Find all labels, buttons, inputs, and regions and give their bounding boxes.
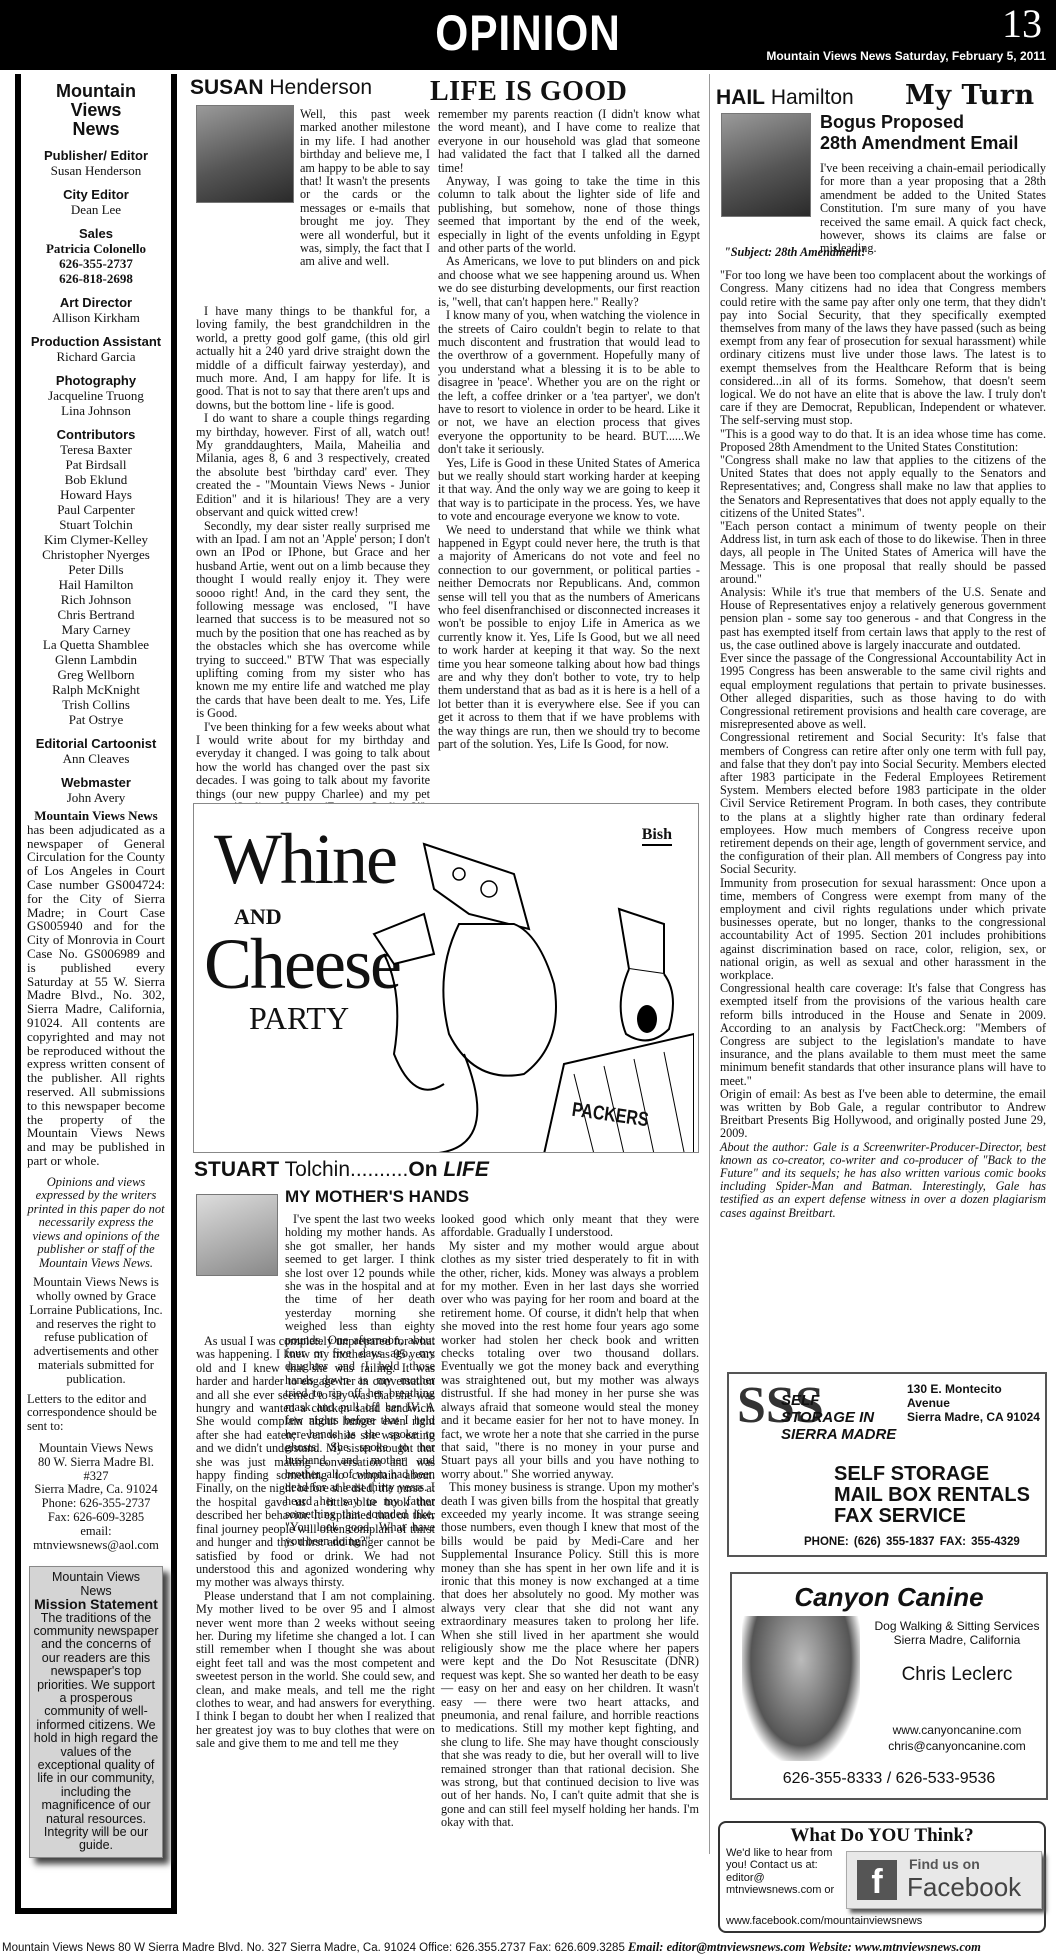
paragraph: remember my parents reaction (I didn't k…	[438, 108, 700, 175]
dog-photo	[742, 1616, 860, 1761]
byline-first: STUART	[194, 1158, 279, 1181]
service-line: FAX SERVICE	[834, 1506, 1030, 1527]
canine-email-link[interactable]: chris@canyoncanine.com	[852, 1738, 1056, 1754]
staff-role: Art Director	[27, 295, 165, 310]
staff-name: La Quetta Shamblee	[27, 637, 165, 652]
feedback-body: We'd like to hear from you! Contact us a…	[726, 1847, 836, 1896]
ad-canyon-canine[interactable]: Canyon Canine Dog Walking & Sitting Serv…	[730, 1572, 1048, 1800]
staff-name: Teresa Baxter	[27, 442, 165, 457]
staff-name: Kim Clymer-Kelley	[27, 532, 165, 547]
ownership-notice: Mountain Views News is wholly owned by G…	[27, 1276, 165, 1386]
henderson-col2: remember my parents reaction (I didn't k…	[438, 108, 700, 752]
staff-role: Production Assistant	[27, 334, 165, 349]
paragraph: As Americans, we love to put blinders on…	[438, 255, 700, 309]
staff-name: John Avery	[27, 790, 165, 805]
headline-line: Bogus Proposed	[820, 112, 1018, 133]
column-divider	[709, 74, 710, 1854]
staff-name: Paul Carpenter	[27, 502, 165, 517]
byline-first: HAIL	[716, 86, 765, 109]
staff-name: Susan Henderson	[27, 163, 165, 178]
phone: Phone: 626-355-2737	[27, 1497, 165, 1511]
storage-tagline: SELF STORAGE IN SIERRA MADRE	[781, 1392, 896, 1443]
paragraph: looked good which only meant that they w…	[441, 1213, 699, 1240]
legal-notice: Mountain Views Newshas been adjudicated …	[27, 809, 165, 1168]
editorial-cartoon: Whine AND Cheese PARTY Bish PACKERS	[193, 803, 699, 1153]
staff-role: Sales	[27, 226, 165, 241]
storage-logo-icon: SSS	[737, 1382, 777, 1552]
canine-services: Dog Walking & Sitting Services Sierra Ma…	[852, 1619, 1056, 1647]
column-name-life: LIFE	[443, 1158, 489, 1181]
service-line: Sierra Madre, California	[852, 1633, 1056, 1647]
staff-name: Hail Hamilton	[27, 577, 165, 592]
footer-website-link[interactable]: Website: www.mtnviewsnews.com	[808, 1940, 981, 1954]
henderson-col1-top: Well, this past week marked another mile…	[300, 108, 430, 269]
staff-name: Trish Collins	[27, 697, 165, 712]
hamilton-body: "Subject: 28th Amendment!"For too long w…	[720, 242, 1046, 1220]
paragraph: "Subject: 28th Amendment!	[724, 246, 1046, 259]
paragraph: Well, this past week marked another mile…	[300, 108, 430, 269]
dateline: Mountain Views News Saturday, February 5…	[766, 49, 1046, 63]
paragraph: Congressional health care coverage: It's…	[720, 982, 1046, 1088]
masthead-sidebar: Mountain Views News Publisher/ EditorSus…	[15, 74, 177, 1914]
paragraph: Please understand that I am not complain…	[196, 1590, 435, 1751]
mission-title: Mountain Views	[33, 1571, 159, 1584]
byline-last: Hamilton	[771, 86, 854, 109]
canine-phones: 626-355-8333 / 626-533-9536	[732, 1770, 1046, 1788]
ad-self-storage[interactable]: SSS SELF STORAGE IN SIERRA MADRE 130 E. …	[727, 1372, 1047, 1557]
headline-line: 28th Amendment Email	[820, 133, 1018, 154]
facebook-url-link[interactable]: www.facebook.com/mountainviewsnews	[726, 1915, 922, 1927]
byline-tolchin: STUART Tolchin..........On LIFE	[194, 1158, 489, 1182]
staff-name: Ralph McKnight	[27, 682, 165, 697]
mission-statement-box: Mountain Views News Mission Statement Th…	[29, 1566, 163, 1858]
paper-name-line: News	[27, 120, 165, 139]
email-label: email:	[27, 1525, 165, 1539]
byline-last: Tolchin..........	[285, 1158, 409, 1181]
tolchin-col2: looked good which only meant that they w…	[441, 1213, 699, 1830]
paper-name-line: Views	[27, 101, 165, 120]
staff-name: Bob Eklund	[27, 472, 165, 487]
staff-name: Greg Wellborn	[27, 667, 165, 682]
staff-name: 626-355-2737	[27, 256, 165, 271]
staff-name: Peter Dills	[27, 562, 165, 577]
paragraph: I have many things to be thankful for, a…	[196, 305, 430, 412]
staff-role: City Editor	[27, 187, 165, 202]
page-number: 13	[1002, 0, 1042, 47]
staff-name: Pat Ostrye	[27, 712, 165, 727]
address-line: Sierra Madre, Ca. 91024	[27, 1483, 165, 1497]
tagline-line: SIERRA MADRE	[781, 1426, 896, 1443]
staff-name: Pat Birdsall	[27, 457, 165, 472]
mission-text: The traditions of the community newspape…	[33, 1612, 159, 1853]
staff-role: Editorial Cartoonist	[27, 736, 165, 751]
legal-lead: Mountain Views News	[27, 809, 165, 823]
service-line: MAIL BOX RENTALS	[834, 1485, 1030, 1506]
staff-name: Mary Carney	[27, 622, 165, 637]
staff-name: Howard Hays	[27, 487, 165, 502]
author-photo-henderson	[196, 105, 294, 203]
headline-my-mothers-hands: MY MOTHER'S HANDS	[285, 1187, 469, 1207]
staff-name: Jacqueline Truong	[27, 388, 165, 403]
paragraph: "This is a good way to do that. It is an…	[720, 428, 1046, 454]
paragraph: Congressional retirement and Social Secu…	[720, 731, 1046, 876]
service-line: Dog Walking & Sitting Services	[852, 1619, 1056, 1633]
fax: Fax: 626-609-3285	[27, 1511, 165, 1525]
paper-name: Mountain Views News	[27, 82, 165, 139]
staff-name: Chris Bertrand	[27, 607, 165, 622]
page-footer: Mountain Views News 80 W Sierra Madre Bl…	[0, 1940, 1056, 1957]
staff-role: Photography	[27, 373, 165, 388]
tolchin-col1: As usual I was completely unprepared for…	[196, 1335, 435, 1751]
staff-name: Glenn Lambdin	[27, 652, 165, 667]
storage-services: SELF STORAGE MAIL BOX RENTALS FAX SERVIC…	[834, 1464, 1030, 1527]
staff-name: Lina Johnson	[27, 403, 165, 418]
staff-role: Contributors	[27, 427, 165, 442]
staff-name: Allison Kirkham	[27, 310, 165, 325]
address-line: #327	[27, 1470, 165, 1484]
paragraph: This money business is strange. Upon my …	[441, 1481, 699, 1830]
canine-website-link[interactable]: www.canyoncanine.com	[852, 1722, 1056, 1738]
author-photo-tolchin	[196, 1194, 278, 1276]
facebook-label-1: Find us on	[909, 1856, 980, 1872]
address-line: 130 E. Montecito Avenue	[907, 1382, 1045, 1410]
staff-list: Publisher/ EditorSusan HendersonCity Edi…	[27, 148, 165, 805]
paragraph: "Each person contact a minimum of twenty…	[720, 520, 1046, 586]
paragraph: Origin of email: As best as I've been ab…	[720, 1088, 1046, 1141]
paragraph: My sister and my mother would argue abou…	[441, 1240, 699, 1481]
staff-name: Rich Johnson	[27, 592, 165, 607]
staff-name: Patricia Colonello	[27, 241, 165, 256]
tagline-line: SELF	[781, 1392, 896, 1409]
legal-text: has been adjudicated as a newspaper of G…	[27, 822, 165, 1168]
byline-last: Henderson	[269, 76, 372, 99]
cartoon-illustration	[364, 834, 694, 1153]
canine-brand: Canyon Canine	[732, 1582, 1046, 1613]
staff-name: Ann Cleaves	[27, 751, 165, 766]
storage-address: 130 E. Montecito Avenue Sierra Madre, CA…	[907, 1382, 1045, 1424]
cartoon-title-party: PARTY	[249, 1000, 349, 1037]
tagline-line: STORAGE IN	[781, 1409, 896, 1426]
staff-role: Webmaster	[27, 775, 165, 790]
headline-28th-amendment: Bogus Proposed 28th Amendment Email	[820, 112, 1018, 154]
address-line: Sierra Madre, CA 91024	[907, 1410, 1045, 1424]
facebook-icon: f	[857, 1860, 897, 1900]
paper-name-line: Mountain	[27, 82, 165, 101]
paragraph: "For too long we have been too complacen…	[720, 269, 1046, 427]
section-banner: OPINION 13 Mountain Views News Saturday,…	[0, 0, 1056, 70]
paragraph: Anyway, I was going to take the time in …	[438, 175, 700, 255]
footer-address: Mountain Views News 80 W Sierra Madre Bl…	[2, 1942, 628, 1954]
byline-first: SUSAN	[190, 76, 264, 99]
paragraph: Analysis: While it's true that members o…	[720, 586, 1046, 652]
paragraph: Secondly, my dear sister really surprise…	[196, 520, 430, 721]
headline-life-is-good: LIFE IS GOOD	[430, 76, 627, 108]
paragraph: Ever since the passage of the Congressio…	[720, 652, 1046, 731]
paragraph: About the author: Gale is a Screenwriter…	[720, 1141, 1046, 1220]
feedback-heading: What Do YOU Think?	[720, 1825, 1044, 1847]
paragraph: Immunity from prosecution for sexual har…	[720, 877, 1046, 983]
byline-henderson: SUSAN Henderson	[190, 76, 372, 100]
staff-name: Richard Garcia	[27, 349, 165, 364]
footer-email-link[interactable]: Email: editor@mtnviewsnews.com	[628, 1940, 805, 1954]
paragraph: "Congress shall make no law that applies…	[720, 454, 1046, 520]
paragraph: We need to understand that while we thin…	[438, 524, 700, 752]
contact-address: Mountain Views News 80 W. Sierra Madre B…	[27, 1442, 165, 1552]
storage-phone: PHONE: (626) 355-1837 FAX: 355-4329	[804, 1536, 1020, 1548]
letters-intro: Letters to the editor and correspondence…	[27, 1393, 165, 1434]
mission-heading: Mission Statement	[33, 1598, 159, 1611]
opinions-disclaimer: Opinions and views expressed by the writ…	[27, 1176, 165, 1271]
staff-role: Publisher/ Editor	[27, 148, 165, 163]
email-link[interactable]: mtnviewsnews@aol.com	[27, 1539, 165, 1553]
canine-owner: Chris Leclerc	[852, 1664, 1056, 1686]
staff-name: Stuart Tolchin	[27, 517, 165, 532]
address-line: Mountain Views News	[27, 1442, 165, 1456]
paragraph: I do want to share a couple things regar…	[196, 412, 430, 519]
column-name-on: On	[408, 1158, 443, 1181]
staff-name: Dean Lee	[27, 202, 165, 217]
paragraph: Yes, Life is Good in these United States…	[438, 457, 700, 524]
paragraph: As usual I was completely unprepared for…	[196, 1335, 435, 1590]
canine-contact: www.canyoncanine.com chris@canyoncanine.…	[852, 1722, 1056, 1754]
facebook-button[interactable]: f Find us on Facebook	[846, 1851, 1042, 1909]
staff-name: Christopher Nyerges	[27, 547, 165, 562]
feedback-box: What Do YOU Think? We'd like to hear fro…	[718, 1821, 1046, 1933]
facebook-label-2: Facebook	[907, 1872, 1021, 1903]
paragraph: I know many of you, when watching the vi…	[438, 309, 700, 456]
column-name-my-turn: My Turn	[905, 80, 1035, 111]
byline-hamilton: HAIL Hamilton	[716, 86, 854, 110]
staff-name: 626-818-2698	[27, 271, 165, 286]
service-line: SELF STORAGE	[834, 1464, 1030, 1485]
address-line: 80 W. Sierra Madre Bl.	[27, 1456, 165, 1470]
